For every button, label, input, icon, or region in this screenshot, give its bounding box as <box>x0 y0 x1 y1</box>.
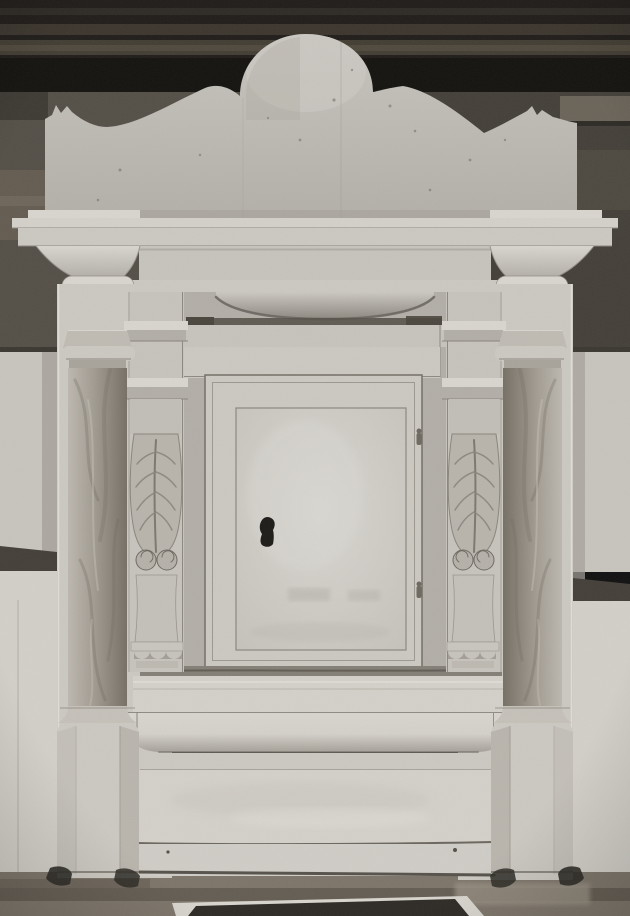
photograph-tabernacle <box>0 0 630 916</box>
photo-canvas <box>0 0 630 916</box>
film-grain-overlay <box>0 0 630 916</box>
